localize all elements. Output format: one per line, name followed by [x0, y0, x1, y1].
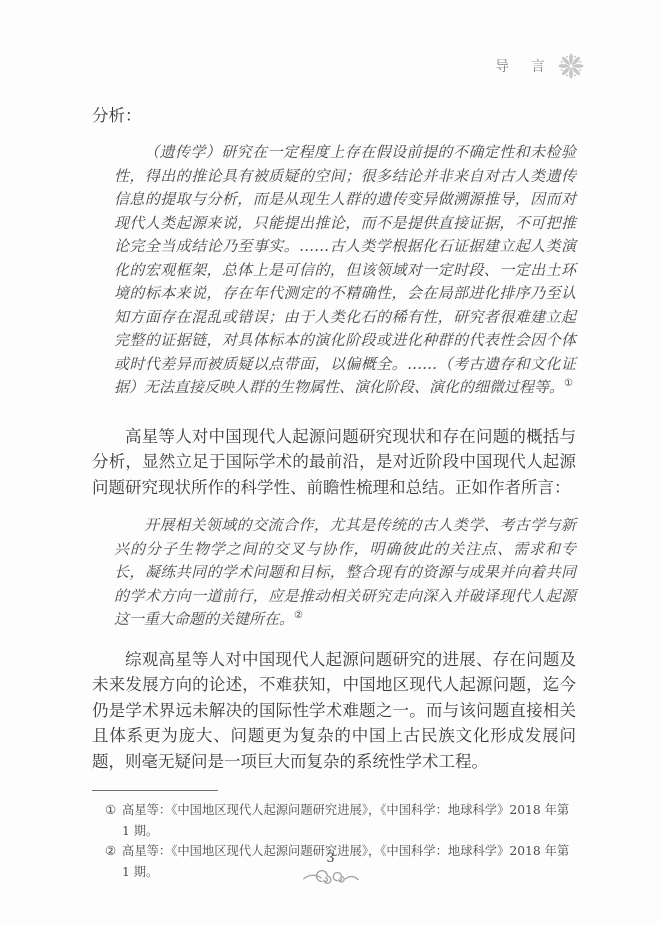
paragraph-2: 综观高星等人对中国现代人起源问题研究的进展、存在问题及未来发展方向的论述，不难获…: [92, 647, 576, 775]
footnote-ref-2: ②: [294, 610, 303, 621]
page-number: 3: [0, 851, 661, 866]
page-footer: 3: [0, 851, 661, 887]
running-head: 导言: [495, 50, 587, 82]
cloud-scroll-icon: [0, 867, 661, 887]
footnote-separator: [92, 790, 218, 791]
quote-1-text: （遗传学）研究在一定程度上存在假设前提的不确定性和未检验性，得出的推论具有被质疑…: [114, 143, 576, 396]
book-page: 导言: [0, 0, 661, 925]
footnote-marker: ①: [105, 800, 116, 841]
flower-burst-icon: [555, 50, 587, 82]
quote-2-text: 开展相关领域的交流合作，尤其是传统的古人类学、考古学与新兴的分子生物学之间的交叉…: [114, 516, 576, 628]
document-body: 分析： （遗传学）研究在一定程度上存在假设前提的不确定性和未检验性，得出的推论具…: [92, 104, 576, 788]
analysis-label: 分析：: [92, 104, 576, 128]
footnote-text: 高星等：《中国地区现代人起源问题研究进展》，《中国科学：地球科学》2018 年第…: [122, 800, 576, 841]
footnote-item: ① 高星等：《中国地区现代人起源问题研究进展》，《中国科学：地球科学》2018 …: [92, 800, 576, 841]
footnote-ref-1: ①: [564, 378, 573, 389]
block-quote-1: （遗传学）研究在一定程度上存在假设前提的不确定性和未检验性，得出的推论具有被质疑…: [114, 141, 576, 400]
paragraph-1: 高星等人对中国现代人起源问题研究现状和存在问题的概括与分析，显然立足于国际学术的…: [92, 424, 576, 501]
block-quote-2: 开展相关领域的交流合作，尤其是传统的古人类学、考古学与新兴的分子生物学之间的交叉…: [114, 514, 576, 632]
